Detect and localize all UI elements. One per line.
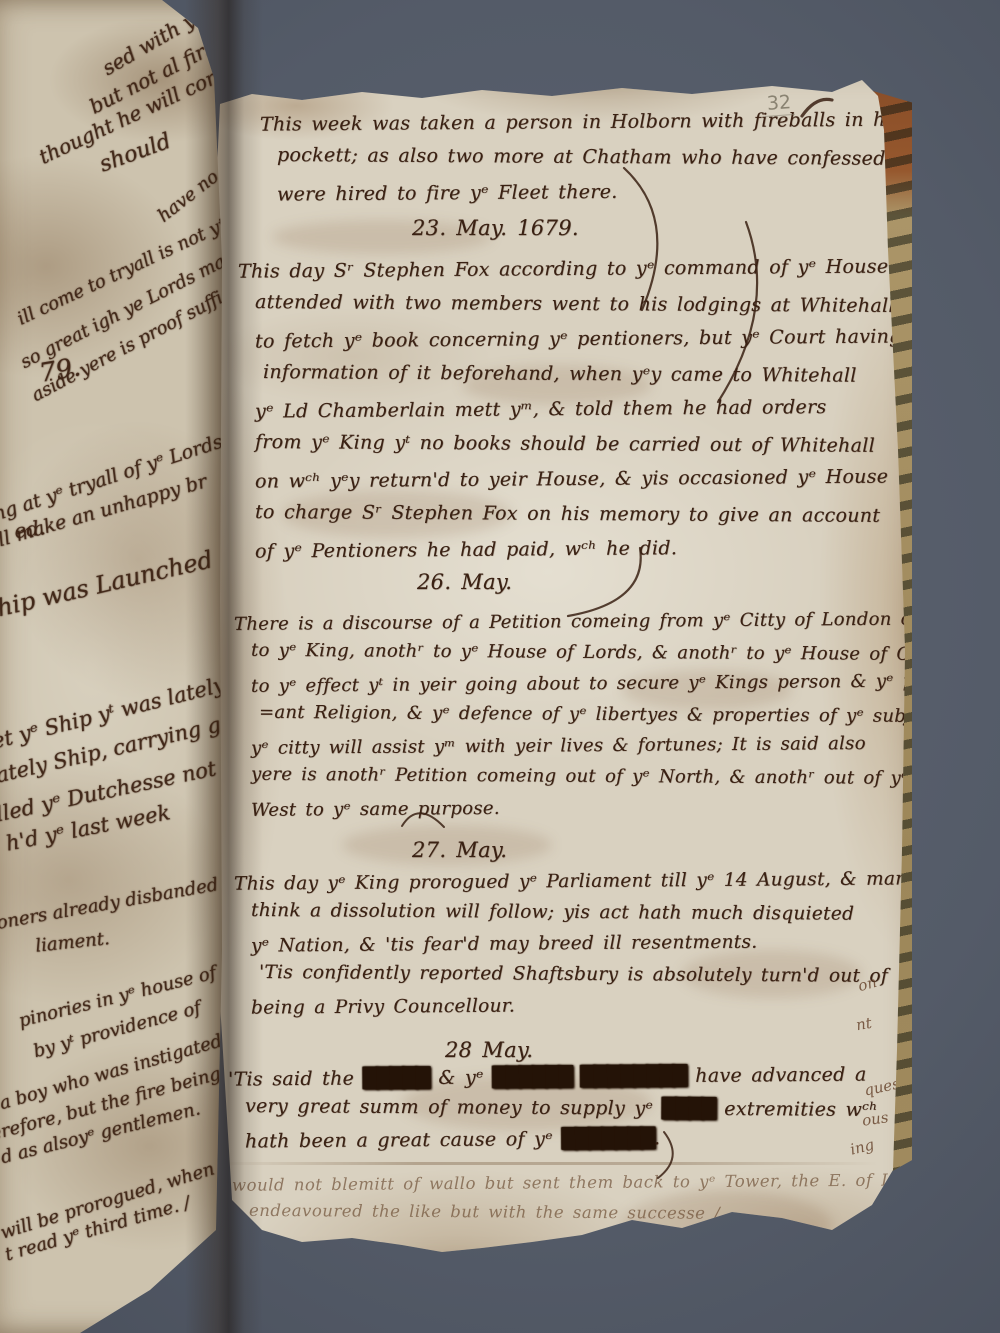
text-run: =ant Religion, & yᵉ defence of yᵉ libert…	[259, 702, 941, 727]
text-run: West to yᵉ same purpose.	[251, 798, 500, 821]
right-page: 32 This week was taken a person in Holbo…	[212, 70, 912, 1265]
text-line: 23. May. 1679.	[412, 216, 579, 240]
text-line: information of it beforehand, when yᵉy c…	[263, 355, 902, 394]
text-run: attended with two members went to his lo…	[255, 291, 895, 317]
text-line: yᵉ citty will assist yᵐ with yeir lives …	[251, 727, 972, 764]
entry-paragraph: This day Sʳ Stephen Fox according to yᵉ …	[238, 252, 902, 567]
text-run: yere is anothʳ Petition comeing out of y…	[251, 764, 908, 789]
entry-paragraph: This week was taken a person in Holborn …	[260, 105, 925, 210]
text-line: attended with two members went to his lo…	[255, 285, 902, 324]
text-line: to yᵉ King, anothʳ to yᵉ House of Lords,…	[251, 635, 972, 670]
right-page-text: This week was taken a person in Holborn …	[212, 70, 912, 1265]
page-number-pencil: 32	[763, 91, 795, 117]
entry-paragraph: There is a discourse of a Petition comei…	[234, 606, 972, 823]
left-page-fragment: gooners already disbanded	[0, 874, 220, 938]
margin-bleed-fragment: nt	[855, 1014, 874, 1034]
text-line: hath been a great cause of yᵉ ███████.	[245, 1122, 878, 1158]
text-line: 27. May.	[412, 838, 507, 862]
text-run: think a dissolution will follow; yis act…	[251, 900, 854, 925]
redacted-blot: ██████	[493, 1066, 572, 1089]
text-run: hath been a great cause of yᵉ	[245, 1128, 562, 1152]
text-line: of yᵉ Pentioners he had paid, wᶜʰ he did…	[255, 529, 902, 569]
text-line: endeavoured the like but with the same s…	[249, 1196, 935, 1230]
text-run: There is a discourse of a Petition comei…	[234, 608, 935, 635]
text-run: have advanced a	[686, 1064, 867, 1087]
text-line: to yᵉ effect yᵗ in yeir going about to s…	[251, 665, 972, 702]
text-run: This day yᵉ King prorogued yᵉ Parliament…	[234, 868, 918, 894]
text-line: yere is anothʳ Petition comeing out of y…	[251, 759, 972, 794]
text-line: pockett; as also two more at Chatham who…	[277, 138, 925, 177]
text-run: very great summ of money to supply yᵉ	[245, 1095, 663, 1120]
text-run: on wᶜʰ yᵉy return'd to yeir House, & yis…	[255, 466, 888, 493]
text-line: were hired to fire yᵉ Fleet there.	[277, 172, 925, 212]
text-line: on wᶜʰ yᵉy return'd to yeir House, & yis…	[255, 459, 902, 499]
text-run: to charge Sʳ Stephen Fox on his memory t…	[255, 501, 880, 527]
margin-bleed-fragment: ous	[861, 1108, 890, 1129]
text-line: =ant Religion, & yᵉ defence of yᵉ libert…	[259, 697, 972, 732]
text-run: pockett; as also two more at Chatham who…	[277, 144, 925, 170]
text-run: of yᵉ Pentioners he had paid, wᶜʰ he did…	[255, 537, 677, 562]
text-run: .	[654, 1127, 661, 1149]
text-line: 28 May.	[445, 1038, 533, 1062]
text-run: endeavoured the like but with the same s…	[249, 1201, 720, 1223]
text-run: to yᵉ King, anothʳ to yᵉ House of Lords,…	[251, 640, 972, 665]
text-line: This day Sʳ Stephen Fox according to yᵉ …	[238, 249, 902, 289]
text-line: would not blemitt of wallo but sent them…	[232, 1165, 935, 1201]
text-line: very great summ of money to supply yᵉ ██…	[245, 1091, 878, 1126]
text-run: to fetch yᵉ book concerning yᵉ pentioner…	[255, 325, 902, 352]
text-run: 'Tis said the	[228, 1067, 364, 1090]
text-line: 'Tis said the █████ & yᵉ ██████ ████████…	[228, 1059, 878, 1095]
text-run: yᵉ Nation, & 'tis fear'd may breed ill r…	[251, 932, 758, 957]
text-run: being a Privy Councellour.	[251, 996, 515, 1019]
redacted-blot: █████	[363, 1067, 429, 1090]
text-run: yᵉ Ld Chamberlain mett yᵐ, & told them h…	[255, 396, 827, 422]
redacted-blot: ████████	[581, 1065, 686, 1088]
faint-footer-paragraph: would not blemitt of wallo but sent them…	[232, 1168, 935, 1228]
text-run: would not blemitt of wallo but sent them…	[232, 1170, 935, 1195]
text-line: 26. May.	[417, 570, 512, 594]
text-line: to fetch yᵉ book concerning yᵉ pentioner…	[255, 319, 902, 359]
text-run: 28 May.	[445, 1038, 533, 1062]
text-run: 26. May.	[417, 570, 512, 594]
text-run: yᵉ citty will assist yᵐ with yeir lives …	[251, 733, 866, 759]
text-line: This week was taken a person in Holborn …	[260, 102, 925, 142]
text-line: think a dissolution will follow; yis act…	[251, 895, 918, 930]
date-heading: 23. May. 1679.	[412, 216, 579, 240]
left-page: sed with ytbut not al firstthought he wi…	[0, 0, 230, 1333]
text-run: from yᵉ King yᵗ no books should be carri…	[255, 431, 875, 457]
text-run: 'Tis confidently reported Shaftsbury is …	[259, 962, 888, 987]
text-run: to yᵉ effect yᵗ in yeir going about to s…	[251, 670, 959, 697]
redacted-blot: ███████	[562, 1127, 654, 1150]
text-run	[572, 1066, 582, 1088]
text-run: This day Sʳ Stephen Fox according to yᵉ …	[238, 255, 889, 282]
entry-paragraph: 'Tis said the █████ & yᵉ ██████ ████████…	[228, 1062, 878, 1155]
left-page-fragment: liament.	[35, 928, 111, 957]
text-run: information of it beforehand, when yᵉy c…	[263, 361, 857, 387]
text-line: West to yᵉ same purpose.	[251, 789, 972, 826]
text-line: 'Tis confidently reported Shaftsbury is …	[259, 957, 918, 992]
text-run: 27. May.	[412, 838, 507, 862]
text-run: were hired to fire yᵉ Fleet there.	[277, 181, 618, 206]
text-run: & yᵉ	[429, 1066, 493, 1089]
entry-paragraph: This day yᵉ King prorogued yᵉ Parliament…	[234, 866, 918, 1021]
text-line: This day yᵉ King prorogued yᵉ Parliament…	[234, 863, 918, 899]
photo-background: 32 This week was taken a person in Holbo…	[0, 0, 1000, 1333]
date-heading: 26. May.	[417, 570, 512, 594]
date-heading: 27. May.	[412, 838, 507, 862]
left-page-fragment: w Ship was Launched	[0, 545, 215, 632]
text-line: to charge Sʳ Stephen Fox on his memory t…	[255, 495, 902, 534]
text-run: 23. May. 1679.	[412, 216, 579, 240]
text-line: from yᵉ King yᵗ no books should be carri…	[255, 425, 902, 464]
text-line: being a Privy Councellour.	[251, 987, 918, 1023]
date-heading: 28 May.	[445, 1038, 533, 1062]
text-line: yᵉ Nation, & 'tis fear'd may breed ill r…	[251, 925, 918, 961]
text-line: yᵉ Ld Chamberlain mett yᵐ, & told them h…	[255, 389, 902, 429]
redacted-blot: ████	[662, 1098, 715, 1120]
text-run: This week was taken a person in Holborn …	[260, 109, 902, 136]
left-page-fragment: ed.	[13, 515, 47, 543]
text-run: extremities wᶜʰ	[715, 1098, 878, 1121]
